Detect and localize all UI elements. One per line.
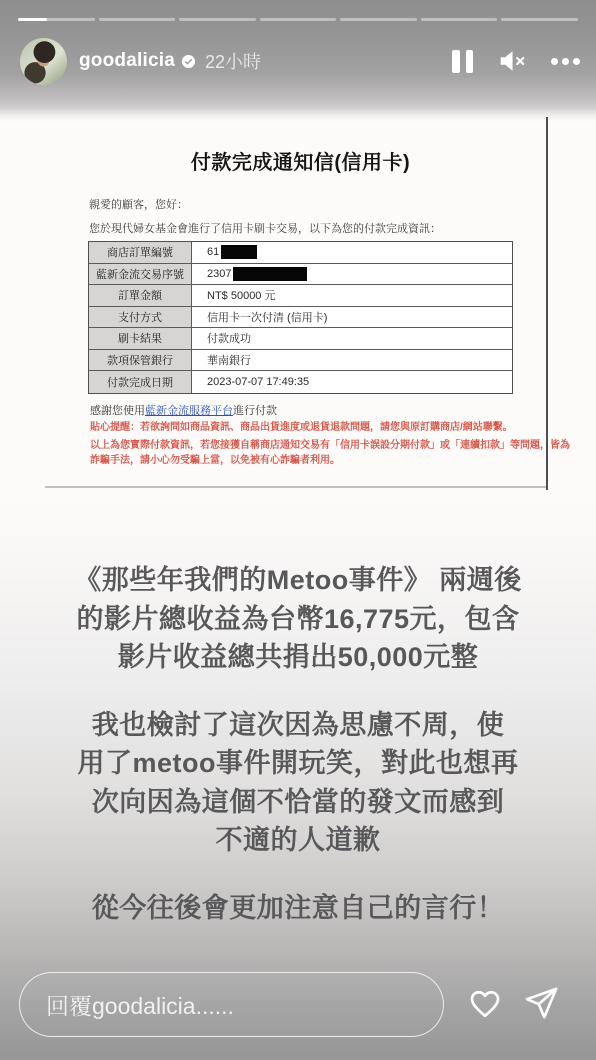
verified-badge-icon	[181, 54, 196, 69]
thanks-prefix: 感謝您使用	[90, 405, 145, 417]
receipt-table-row: 付款完成日期2023-07-07 17:49:35	[89, 371, 512, 393]
notice-2-line-2: 詐騙手法，請小心勿受騙上當，以免被有心詐騙者利用。	[90, 453, 570, 468]
thanks-suffix: 進行付款	[233, 405, 277, 417]
redaction-bar	[221, 245, 257, 259]
row-label: 款項保管銀行	[89, 350, 192, 371]
row-value: 付款成功	[192, 328, 512, 349]
reply-input[interactable]: 回覆goodalicia......	[19, 972, 444, 1037]
progress-segment	[99, 18, 176, 21]
row-value: 2023-07-07 17:49:35	[192, 371, 512, 393]
pause-icon[interactable]	[452, 50, 473, 73]
receipt-table-row: 支付方式信用卡一次付清 (信用卡)	[89, 307, 512, 329]
mute-icon[interactable]	[498, 49, 526, 73]
progress-segment	[18, 18, 95, 21]
row-label: 付款完成日期	[89, 371, 192, 393]
receipt-greeting: 親愛的顧客，您好：	[89, 196, 188, 212]
caption-line: 次向因為這個不恰當的發文而感到	[0, 783, 596, 822]
avatar[interactable]	[20, 38, 67, 85]
receipt-table-row: 刷卡結果付款成功	[89, 328, 512, 350]
row-value: 2307	[192, 264, 512, 285]
reply-placeholder: 回覆goodalicia......	[20, 988, 234, 1021]
progress-segment	[501, 18, 578, 21]
row-value: NT$ 50000 元	[192, 285, 512, 306]
receipt-table: 商店訂單編號61藍新金流交易序號2307訂單金額NT$ 50000 元支付方式信…	[88, 241, 513, 394]
row-label: 刷卡結果	[89, 328, 192, 349]
receipt-title: 付款完成通知信(信用卡)	[88, 146, 513, 175]
receipt-notice-1: 貼心提醒：若欲詢問如商品資訊、商品出貨進度或退貨退款問題，請您與原訂購商店/網站…	[90, 418, 513, 433]
row-label: 商店訂單編號	[89, 242, 192, 263]
caption-line: 的影片總收益為台幣16,775元，包含	[0, 600, 596, 639]
progress-segment	[421, 18, 498, 21]
row-value: 61	[192, 242, 512, 263]
newebpay-link: 藍新金流服務平台	[145, 405, 233, 417]
row-label: 訂單金額	[89, 285, 192, 306]
caption-line: 《那些年我們的Metoo事件》 兩週後	[0, 561, 596, 600]
caption-paragraph: 從今往後會更加注意自己的言行！	[0, 889, 596, 928]
progress-segment	[179, 18, 256, 21]
share-send-icon[interactable]	[523, 985, 560, 1022]
row-label: 支付方式	[89, 307, 192, 328]
notice-2-line-1: 以上為您實際付款資訊，若您接獲自稱商店通知交易有「信用卡誤設分期付款」或「連續扣…	[90, 438, 570, 453]
username[interactable]: goodalicia	[79, 50, 175, 72]
more-options-icon[interactable]	[551, 58, 580, 65]
row-value: 信用卡一次付清 (信用卡)	[192, 307, 512, 328]
receipt-notice-2: 以上為您實際付款資訊，若您接獲自稱商店通知交易有「信用卡誤設分期付款」或「連續扣…	[90, 438, 570, 468]
receipt-screenshot: 付款完成通知信(信用卡) 親愛的顧客，您好： 您於現代婦女基金會進行了信用卡刷卡…	[0, 108, 596, 490]
story-header: goodalicia 22小時	[20, 36, 580, 86]
receipt-thanks-line: 感謝您使用藍新金流服務平台進行付款	[90, 402, 277, 418]
receipt-table-row: 款項保管銀行華南銀行	[89, 350, 512, 372]
instagram-story-viewer: goodalicia 22小時 付款完成通知信(信用卡) 親愛的顧客，您好： 您…	[0, 0, 596, 1060]
row-label: 藍新金流交易序號	[89, 264, 192, 285]
caption-line: 不適的人道歉	[0, 821, 596, 860]
redaction-bar	[233, 267, 307, 281]
like-heart-icon[interactable]	[466, 984, 504, 1022]
screenshot-scrollbar-line	[546, 117, 548, 490]
receipt-intro: 您於現代婦女基金會進行了信用卡刷卡交易，以下為您的付款完成資訊：	[89, 220, 441, 236]
caption-line: 用了metoo事件開玩笑，對此也想再	[0, 744, 596, 783]
caption-line: 從今往後會更加注意自己的言行！	[0, 889, 596, 928]
caption-paragraph: 《那些年我們的Metoo事件》 兩週後的影片總收益為台幣16,775元，包含影片…	[0, 561, 596, 677]
receipt-table-row: 訂單金額NT$ 50000 元	[89, 285, 512, 307]
story-progress-bar	[18, 18, 578, 21]
row-value: 華南銀行	[192, 350, 512, 371]
progress-segment	[340, 18, 417, 21]
progress-segment	[260, 18, 337, 21]
caption-line: 我也檢討了這次因為思慮不周，使	[0, 706, 596, 745]
screenshot-bottom-edge	[45, 486, 548, 488]
caption-paragraph: 我也檢討了這次因為思慮不周，使用了metoo事件開玩笑，對此也想再次向因為這個不…	[0, 706, 596, 860]
caption-line: 影片收益總共捐出50,000元整	[0, 638, 596, 677]
story-caption: 《那些年我們的Metoo事件》 兩週後的影片總收益為台幣16,775元，包含影片…	[0, 561, 596, 927]
receipt-table-row: 藍新金流交易序號2307	[89, 264, 512, 286]
receipt-table-row: 商店訂單編號61	[89, 242, 512, 264]
story-timestamp: 22小時	[205, 48, 261, 74]
